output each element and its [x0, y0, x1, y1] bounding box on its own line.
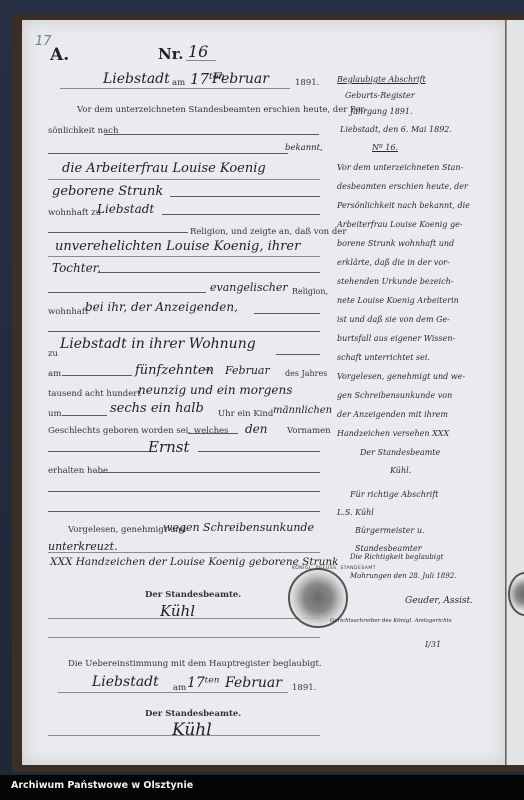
- form-rule: [104, 134, 319, 135]
- copy-line: borene Strunk wohnhaft und: [337, 239, 454, 248]
- am-label: am: [48, 369, 61, 379]
- form-rule: [48, 511, 320, 512]
- stamp-text: KÖNIGL. PREUSS. STANDESAMT: [292, 566, 376, 571]
- form-rule: [48, 552, 320, 553]
- number-label: Nr.: [158, 45, 183, 63]
- copy-line: burtsfall aus eigener Wissen-: [337, 334, 455, 343]
- copy-line: gen Schreibensunkunde von: [337, 391, 452, 400]
- form-rule: [48, 179, 320, 180]
- official-title: Der Standesbeamte.: [145, 590, 241, 600]
- copy-line: Handzeichen versehen XXX: [337, 429, 449, 438]
- certification-year: 1891.: [292, 683, 316, 693]
- certification-signature: Kühl: [172, 720, 212, 740]
- form-rule: [276, 354, 320, 355]
- header-month: Februar: [212, 71, 269, 87]
- copy-line: desbeamten erschien heute, der: [337, 182, 468, 191]
- archive-caption: Archiwum Państwowe w Olsztynie: [11, 780, 193, 791]
- geschlechts-label: Geschlechts geboren worden sei, welches: [48, 426, 228, 436]
- birth-month: Februar: [225, 364, 270, 377]
- uhr-label: Uhr ein Kind: [218, 409, 273, 419]
- zu-label: zu: [48, 349, 58, 359]
- article-value: den: [245, 422, 268, 436]
- form-rule: [170, 196, 320, 197]
- religion-label-2: Religion,: [292, 287, 328, 296]
- sex-value: männlichen: [273, 405, 332, 416]
- des-jahres-label: des Jahres: [285, 369, 327, 378]
- form-rule: [48, 331, 320, 332]
- adjacent-page: [506, 20, 524, 765]
- copy-line: I/31: [425, 640, 441, 649]
- given-name: Ernst: [148, 438, 190, 456]
- wohnhaft-value-2: bei ihr, der Anzeigenden,: [85, 300, 238, 314]
- copy-line: Beglaubigte Abschrift: [337, 75, 426, 84]
- form-rule: [48, 451, 148, 452]
- copy-line: Arbeiterfrau Louise Koenig ge-: [337, 220, 463, 229]
- vorgelesen-hand: wegen Schreibensunkunde: [163, 521, 314, 534]
- form-rule: [48, 637, 320, 638]
- entry-number: 16: [188, 42, 208, 61]
- header-am: am: [172, 78, 185, 88]
- form-rule: [48, 491, 320, 492]
- copy-line: Vor dem unterzeichneten Stan-: [337, 163, 463, 172]
- certification-official-title: Der Standesbeamte.: [145, 709, 241, 719]
- copy-line: Nº 16.: [372, 143, 398, 152]
- wohnhaft-label-2: wohnhaft: [48, 307, 88, 317]
- copy-line: Geuder, Assist.: [405, 596, 473, 606]
- mother-relation: Tochter,: [52, 261, 101, 275]
- copy-line: schaft unterrichtet sei.: [337, 353, 430, 362]
- copy-line: Bürgermeister u.: [355, 526, 425, 535]
- copy-line: Vorgelesen, genehmigt und we-: [337, 372, 465, 381]
- wohnhaft-label: wohnhaft zu: [48, 208, 101, 218]
- wohnhaft-value: Liebstadt: [97, 202, 154, 216]
- form-rule: [48, 618, 320, 619]
- copy-line: Standesbeamter: [355, 544, 422, 553]
- certification-day: 17ᵗᵉⁿ: [187, 675, 219, 691]
- intro-text: Vor dem unterzeichneten Standesbeamten e…: [77, 105, 367, 115]
- place-of-birth: Liebstadt in ihrer Wohnung: [60, 336, 256, 352]
- erhalten-label: erhalten habe: [48, 466, 108, 476]
- copy-line: Gerichtsschreiber des Königl. Amtsgerich…: [330, 618, 452, 624]
- religion-value: evangelischer: [210, 281, 288, 294]
- copy-line: Kühl.: [390, 466, 411, 475]
- header-rule: [60, 88, 290, 89]
- copy-line: erklärte, daß die in der vor-: [337, 258, 450, 267]
- copy-line: Jahrgang 1891.: [350, 107, 413, 116]
- header-place: Liebstadt: [103, 71, 170, 87]
- vornamen-label: Vornamen: [287, 426, 331, 436]
- birth-year-words: neunzig und ein morgens: [138, 383, 292, 397]
- copy-line: Liebstadt, den 6. Mai 1892.: [340, 125, 452, 134]
- informant-name: die Arbeiterfrau Louise Koenig: [62, 161, 266, 176]
- certification-text: Die Uebereinstimmung mit dem Hauptregist…: [68, 659, 322, 669]
- copy-line: Persönlichkeit nach bekannt, die: [337, 201, 470, 210]
- copy-line: Geburts-Register: [345, 91, 415, 100]
- series-letter: A.: [50, 45, 69, 65]
- copy-line: der Anzeigenden mit ihrem: [337, 410, 448, 419]
- um-label: um: [48, 409, 62, 419]
- certification-rule: [48, 735, 320, 736]
- informant-maiden-name: geborene Strunk: [52, 184, 163, 199]
- copy-line: Die Richtigkeit beglaubigt: [350, 553, 443, 561]
- copy-line: ist und daß sie von dem Ge-: [337, 315, 450, 324]
- copy-line: nete Louise Koenig Arbeiterin: [337, 296, 459, 305]
- copy-line: stehenden Urkunde bezeich-: [337, 277, 453, 286]
- bekannt-text: bekannt,: [285, 143, 323, 153]
- mother-name: unverehelichten Louise Koenig, ihrer: [55, 239, 300, 254]
- form-rule: [48, 292, 206, 293]
- birth-time: sechs ein halb: [110, 401, 204, 416]
- form-rule: [162, 214, 320, 215]
- form-rule: [98, 272, 320, 273]
- form-rule: [62, 375, 132, 376]
- certification-month: Februar: [225, 675, 282, 691]
- number-rule: [186, 60, 216, 61]
- form-rule: [198, 451, 320, 452]
- form-rule: [188, 433, 238, 434]
- copy-line: Der Standesbeamte: [360, 448, 440, 457]
- copy-line: Mohrungen den 28. Juli 1892.: [350, 572, 456, 580]
- tausend-label: tausend acht hundert: [48, 389, 141, 399]
- certification-rule: [58, 692, 288, 693]
- form-rule: [48, 256, 320, 257]
- copy-line: Für richtige Abschrift: [350, 490, 438, 499]
- form-rule: [48, 232, 188, 233]
- form-rule: [98, 472, 320, 473]
- form-rule: [62, 415, 107, 416]
- certification-place: Liebstadt: [92, 674, 159, 690]
- copy-line: L.S. Kühl: [337, 508, 374, 517]
- form-rule: [48, 153, 288, 154]
- ten-label: ten: [203, 367, 211, 373]
- religion-label: Religion, und zeigte an, daß von der: [190, 227, 346, 237]
- form-rule: [254, 313, 320, 314]
- header-year: 1891.: [295, 78, 319, 88]
